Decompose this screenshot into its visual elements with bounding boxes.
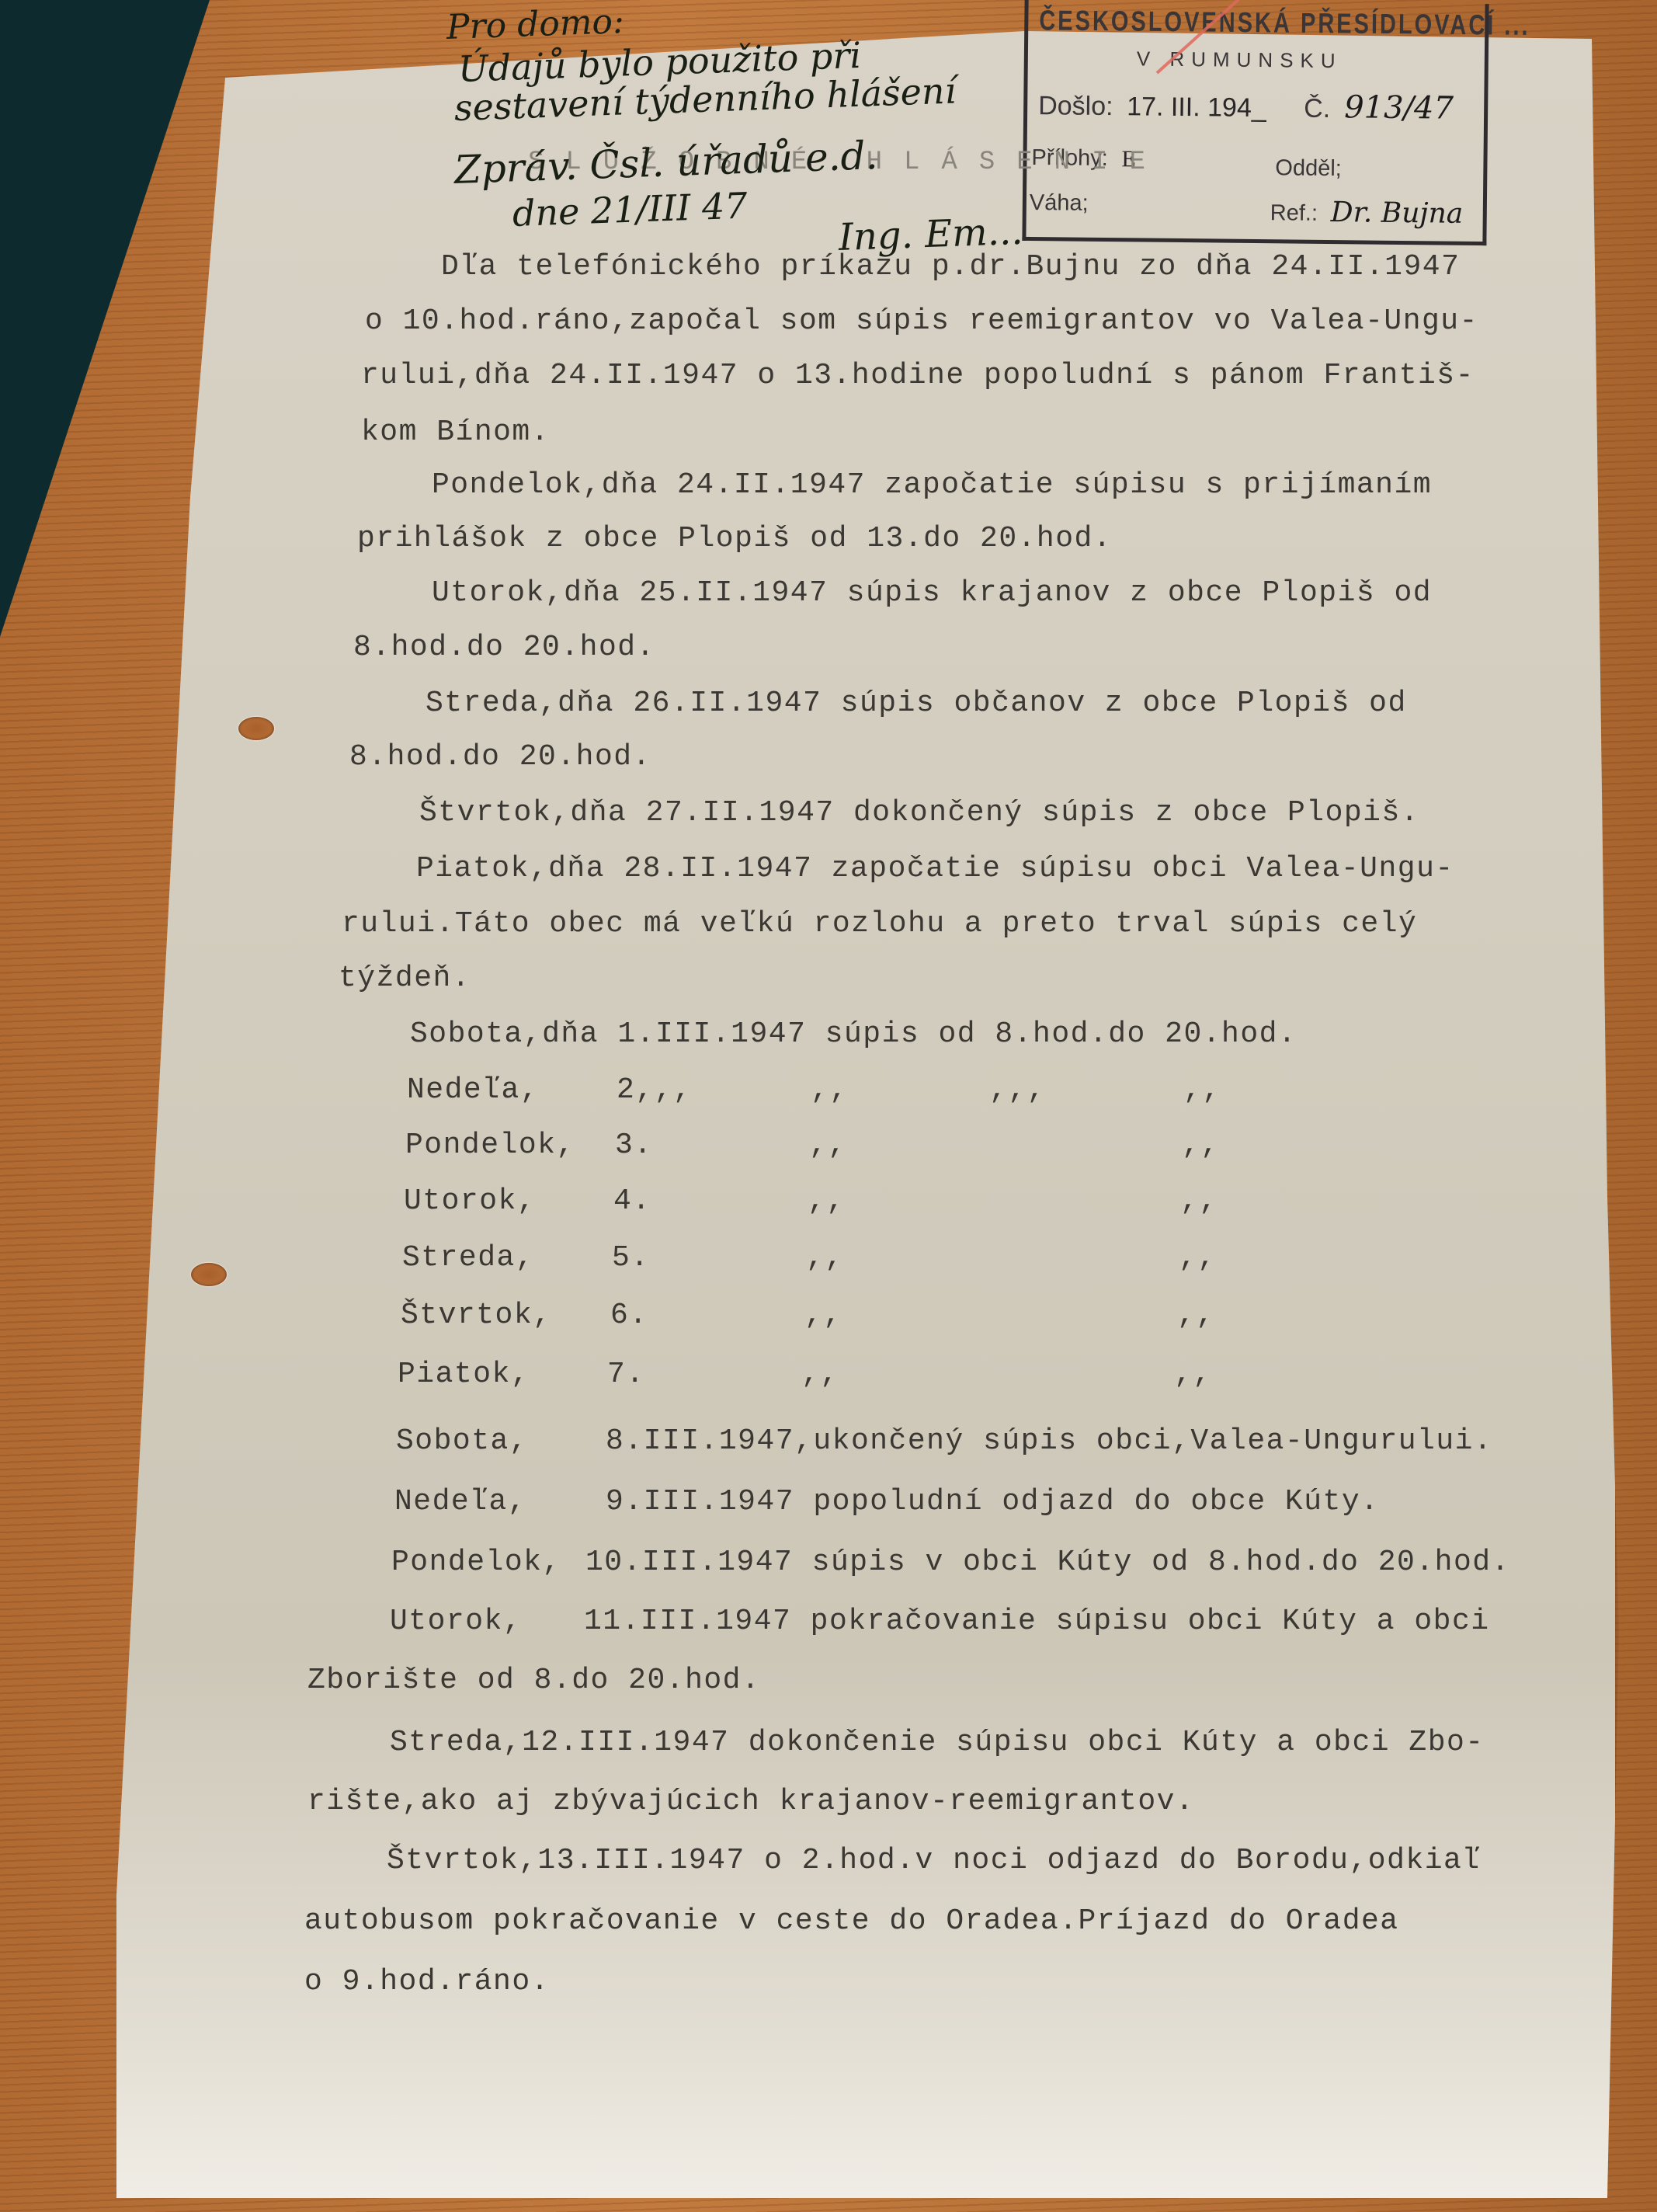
paragraph-line: Utorok,dňa 25.II.1947 súpis krajanov z o… — [432, 576, 1432, 610]
ditto-mark: ,, — [801, 1358, 839, 1391]
schedule-day: Piatok, — [398, 1358, 530, 1391]
paragraph-line: o 10.hod.ráno,započal som súpis reemigra… — [365, 304, 1478, 338]
closing-text: 10.III.1947 súpis v obci Kúty od 8.hod.d… — [585, 1546, 1510, 1579]
closing-text: 9.III.1947 popoludní odjazd do obce Kúty… — [606, 1485, 1379, 1518]
paragraph-line: 8.hod.do 20.hod. — [349, 740, 651, 774]
ditto-mark: ,, — [1182, 1129, 1220, 1162]
closing-day: Utorok, — [390, 1605, 522, 1638]
schedule-header: Sobota,dňa 1.III.1947 súpis od 8.hod.do … — [410, 1017, 1297, 1051]
paragraph-line: Piatok,dňa 28.II.1947 započatie súpisu o… — [416, 852, 1454, 885]
ditto-mark: ,, — [811, 1073, 849, 1107]
schedule-day: Utorok, — [404, 1184, 536, 1218]
tail-line: autobusom pokračovanie v ceste do Oradea… — [304, 1904, 1399, 1938]
handwritten-note-line5: dne 21/III 47 — [512, 184, 748, 235]
paragraph-line: rului.Táto obec má veľkú rozlohu a preto… — [342, 907, 1417, 941]
closing-day: Pondelok, — [391, 1546, 561, 1579]
schedule-date: 6. — [610, 1299, 648, 1332]
stamp-department-label: Odděl; — [1275, 155, 1342, 182]
stamp-received-label: Došlo: — [1038, 91, 1113, 122]
ditto-mark: ,, — [1177, 1299, 1215, 1332]
tail-line: o 9.hod.ráno. — [304, 1965, 550, 1998]
ditto-mark: ,, — [1183, 1073, 1221, 1107]
ditto-mark: ,, — [1179, 1241, 1217, 1275]
paragraph-line: Streda,dňa 26.II.1947 súpis občanov z ob… — [426, 687, 1407, 720]
tail-line: Streda,12.III.1947 dokončenie súpisu obc… — [390, 1726, 1485, 1759]
ditto-mark: ,, — [1180, 1184, 1218, 1218]
closing-text: 11.III.1947 pokračovanie súpisu obci Kút… — [584, 1605, 1490, 1638]
paragraph-line: Pondelok,dňa 24.II.1947 započatie súpisu… — [432, 468, 1432, 502]
punch-hole-top — [238, 717, 274, 740]
stamp-referent-value: Dr. Bujna — [1331, 197, 1464, 230]
closing-day: Sobota, — [396, 1424, 528, 1458]
schedule-date: 7. — [607, 1358, 645, 1391]
ditto-mark: ,, — [806, 1241, 844, 1275]
closing-day: Nedeľa, — [394, 1485, 526, 1518]
schedule-day: Pondelok, — [405, 1129, 575, 1162]
paragraph-line: prihlášok z obce Plopiš od 13.do 20.hod. — [357, 522, 1112, 555]
stamp-received-date: 17. III. 194_ — [1127, 92, 1266, 123]
schedule-date: 2,,, — [617, 1073, 692, 1107]
schedule-date: 4. — [613, 1184, 651, 1218]
punch-hole-bottom — [191, 1263, 227, 1286]
stamp-number-value: 913/47 — [1344, 89, 1454, 126]
ditto-mark: ,, — [1174, 1358, 1212, 1391]
stamp-organization: ČESKOSLOVENSKÁ PŘESÍDLOVACÍ ... — [1039, 5, 1530, 43]
schedule-date: 3. — [615, 1129, 653, 1162]
schedule-day: Štvrtok, — [401, 1299, 551, 1332]
paragraph-line: kom Bínom. — [361, 416, 550, 449]
paragraph-line: Štvrtok,dňa 27.II.1947 dokončený súpis z… — [419, 796, 1419, 829]
closing-text: 8.III.1947,ukončený súpis obci,Valea-Ung… — [606, 1424, 1492, 1458]
tail-line: Zborište od 8.do 20.hod. — [307, 1664, 760, 1697]
ditto-mark: ,,, — [989, 1073, 1046, 1107]
received-stamp: ČESKOSLOVENSKÁ PŘESÍDLOVACÍ ... V RUMUNS… — [1022, 0, 1489, 245]
tail-line: rište,ako aj zbývajúcich krajanov-reemig… — [307, 1785, 1194, 1818]
stamp-location: V RUMUNSKU — [1137, 47, 1343, 73]
schedule-date: 5. — [612, 1241, 650, 1275]
ditto-mark: ,, — [808, 1184, 846, 1218]
ditto-mark: ,, — [804, 1299, 842, 1332]
schedule-day: Streda, — [402, 1241, 534, 1275]
tail-line: Štvrtok,13.III.1947 o 2.hod.v noci odjaz… — [387, 1844, 1482, 1877]
stamp-weight-label: Váha; — [1030, 190, 1089, 217]
stamp-number-label: Č. — [1304, 94, 1330, 124]
stamp-referent-label: Ref.: — [1270, 200, 1318, 227]
ditto-mark: ,, — [809, 1129, 847, 1162]
paragraph-line: týždeň. — [339, 962, 471, 995]
paragraph-line: rului,dňa 24.II.1947 o 13.hodine popolud… — [361, 359, 1475, 392]
paragraph-line: 8.hod.do 20.hod. — [353, 631, 655, 664]
handwritten-note-line1: Pro domo: — [446, 2, 624, 47]
paragraph-line: Dľa telefónického príkazu p.dr.Bujnu zo … — [441, 250, 1460, 283]
schedule-day: Nedeľa, — [407, 1073, 539, 1107]
